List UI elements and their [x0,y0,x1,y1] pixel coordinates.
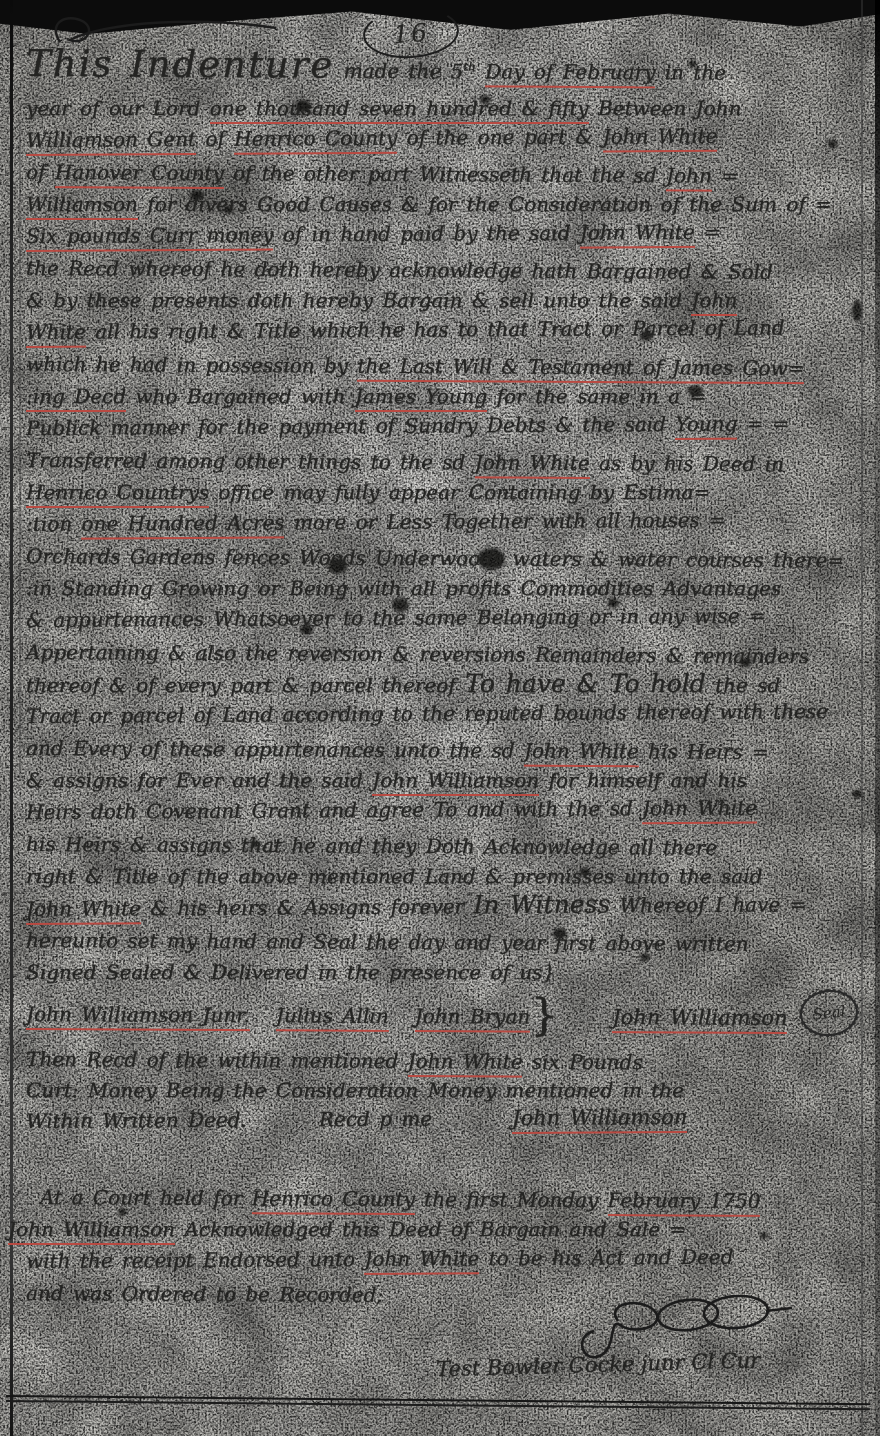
red-underlined-phrase: John White [602,124,717,153]
red-underlined-phrase: Julius Allin [276,1003,389,1032]
text-segment: the first Monday [415,1187,608,1212]
manuscript-line: :tion one Hundred Acres more or Less Tog… [26,503,880,540]
text-segment: and was Ordered to be Recorded; [26,1281,383,1307]
manuscript-line: Tract or parcel of Land according to the… [26,695,880,732]
text-segment: Orchards Gardens fences Woods Underwoods… [26,544,844,572]
text-segment: his Heirs & assigns that he and they Dot… [26,832,717,860]
text-segment: & appurtenances Whatsoever to the same B… [26,603,766,632]
manuscript-page: 16 This Indenture made the 5th Day of Fe… [0,0,880,1436]
bottom-double-rule [6,1395,870,1410]
clerk-attestation-signature: Test Bowler Cocke junr Cl Cur [436,1345,880,1381]
red-underlined-phrase: Henrico Countrys [26,480,209,508]
text-segment: To have & To hold [465,669,706,698]
text-segment: = [695,220,721,244]
text-segment: & his heirs & Assigns forever [141,894,474,920]
red-underlined-phrase: John Williamson [372,768,539,796]
red-underlined-phrase: John White [407,1049,522,1078]
text-segment: of [196,127,234,151]
text-segment: Then Recd of the within mentioned [26,1047,408,1073]
manuscript-line: Then Recd of the within mentioned John W… [26,1044,880,1079]
manuscript-line: White all his right & Title which he has… [26,311,880,348]
text-segment: more or Less Together with all houses = [284,508,726,535]
manuscript-line: Transferred among other things to the sd… [26,444,880,480]
red-underlined-phrase: John Williamson [612,1005,787,1034]
red-underlined-phrase: Hanover County [55,160,224,189]
red-underlined-phrase: the Last Will & Testament of James Gow= [357,354,804,384]
manuscript-line: Orchards Gardens fences Woods Underwoods… [26,540,880,576]
text-segment: all his right & Title which he has to th… [86,315,785,343]
text-segment: as by his Deed in [589,451,784,476]
red-underlined-phrase: Williamson Gent [26,127,196,156]
text-segment: & by these presents doth hereby Bargain … [26,288,691,312]
manuscript-line: the Recd whereof he doth hereby acknowle… [26,252,880,288]
red-underlined-phrase: Day of February [485,59,655,88]
text-segment: :tion [26,512,82,536]
red-underlined-phrase: John White [475,450,590,479]
manuscript-line: of Hanover County of the other part Witn… [26,156,880,192]
text-segment: Appertaining & also the reversion & reve… [26,640,809,668]
text-segment: in the [655,60,726,84]
text-segment: hereunto set my hand and Seal the day an… [26,928,749,956]
red-underlined-phrase: John Bryan [415,1004,531,1033]
manuscript-line: Appertaining & also the reversion & reve… [26,636,880,672]
red-underlined-phrase: Williamson [26,192,138,220]
manuscript-line: At a Court held for Henrico County the f… [26,1181,880,1217]
text-segment: Heirs doth Covenant Grant and agree To a… [26,796,642,824]
text-segment: Acknowledged this Deed of Bargain and Sa… [175,1217,686,1241]
text-segment: with the receipt Endorsed unto [26,1247,364,1273]
text-segment: his Heirs = [639,739,769,764]
text-segment: At a Court held for [40,1185,252,1210]
manuscript-line: This Indenture made the 5th Day of Febru… [26,36,880,96]
manuscript-line: with the receipt Endorsed unto John Whit… [26,1240,880,1277]
red-underlined-phrase: John Williamson [8,1217,175,1245]
red-underlined-phrase: John Williamson Junr. [26,1002,250,1031]
text-segment: for himself and his [539,768,747,792]
text-segment: = = [737,411,789,435]
red-underlined-phrase: Henrico County [252,1186,415,1215]
manuscript-text: This Indenture made the 5th Day of Febru… [0,0,880,1375]
text-segment: & assigns for Ever and the said [26,768,372,792]
text-segment: the Recd whereof he doth hereby acknowle… [26,256,773,284]
text-segment: Curt: Money Being the Consideration Mone… [26,1078,684,1102]
text-segment: office may fully appear Containing by Es… [209,480,710,504]
text-segment: of in hand paid by the said [273,221,579,247]
witness-names: John Williamson Junr.Julius AllinJohn Br… [26,988,880,1040]
red-underlined-phrase: :ing Decd [26,384,126,412]
text-segment: Between John [589,96,742,120]
text-segment: of the one part & [397,124,602,149]
manuscript-line: his Heirs & assigns that he and they Dot… [26,828,880,864]
text-segment: This Indenture [26,42,334,87]
text-segment: made the 5 [334,59,463,84]
manuscript-line: Six pounds Curr money of in hand paid by… [26,215,880,252]
manuscript-line: which he had in possession by the Last W… [26,348,880,384]
red-underlined-phrase: one Hundred Acres [81,510,284,539]
manuscript-line: Publick manner for the payment of Sundry… [26,407,880,444]
red-underlined-phrase: John White [524,739,639,768]
deed-body: This Indenture made the 5th Day of Febru… [0,36,880,988]
red-underlined-phrase: White [26,320,86,348]
seal-label: Seal [812,1002,847,1023]
text-segment: of the other part Witnesseth that the sd [224,161,667,187]
text-segment: } [530,990,558,1041]
text-segment: } [542,960,555,984]
text-segment: Publick manner for the payment of Sundry… [26,412,675,440]
text-segment: Whereof I have = [610,892,806,917]
text-segment [476,59,485,83]
manuscript-line: Heirs doth Covenant Grant and agree To a… [26,791,880,828]
text-segment: Signed Sealed & Delivered in the presenc… [26,960,542,984]
text-segment: :in Standing Growing or Being with all p… [26,576,781,600]
court-record-block: At a Court held for Henrico County the f… [0,1181,880,1309]
red-underlined-phrase: James Young [355,384,487,412]
text-segment: to be his Act and Deed [479,1245,733,1271]
text-segment: who Bargained with [126,384,355,408]
receipt-block: Then Recd of the within mentioned John W… [0,1044,880,1137]
text-segment: right & Title of the above mentioned Lan… [26,864,762,888]
manuscript-line: and Every of these appurtenances unto th… [26,732,880,768]
red-underlined-phrase: John White [580,220,695,249]
text-segment: year of our Lord [26,96,210,120]
text-segment: for divers Good Causes & for the Conside… [138,192,832,216]
red-underlined-phrase: John Williamson [512,1105,687,1134]
text-segment: Within Written Deed. [26,1108,247,1133]
red-underlined-phrase: Six pounds Curr money [26,222,274,252]
manuscript-line: John Williamson Junr.Julius AllinJohn Br… [26,988,880,1044]
manuscript-line: Within Written Deed.Recd p meJohn Willia… [26,1101,880,1137]
text-segment: the sd [706,673,781,697]
text-segment: = [712,164,738,188]
red-underlined-phrase: John White [364,1246,479,1275]
text-segment: Transferred among other things to the sd [26,448,475,474]
text-segment: Tract or parcel of Land according to the… [26,699,828,728]
text-segment: which he had in possession by [26,352,358,378]
text-segment: th [463,60,476,74]
text-segment: Recd p me [319,1107,432,1132]
manuscript-line: John White & his heirs & Assigns forever… [26,887,880,924]
red-underlined-phrase: February 1750 [607,1188,760,1217]
red-underlined-phrase: one thousand seven hundred & fifty [210,96,589,124]
text-segment: and Every of these appurtenances unto th… [26,736,524,763]
red-underlined-phrase: John White [26,896,141,925]
red-underlined-phrase: Henrico County [234,126,397,155]
text-segment: In Witness [473,889,610,919]
manuscript-line: & appurtenances Whatsoever to the same B… [26,599,880,636]
text-segment: of [26,160,55,184]
text-segment: thereof & of every part & parcel thereof [26,673,465,697]
red-underlined-phrase: John [666,163,712,191]
text-segment: six Pounds [522,1050,642,1075]
red-underlined-phrase: John White [642,796,757,825]
text-segment: for the same in a = [487,384,706,408]
manuscript-line: hereunto set my hand and Seal the day an… [26,924,880,960]
manuscript-line: Williamson Gent of Henrico County of the… [26,119,880,156]
red-underlined-phrase: Young [675,412,737,440]
witness-signature-row: John Williamson Junr.Julius AllinJohn Br… [0,988,880,1040]
manuscript-line: Signed Sealed & Delivered in the presenc… [26,956,880,988]
